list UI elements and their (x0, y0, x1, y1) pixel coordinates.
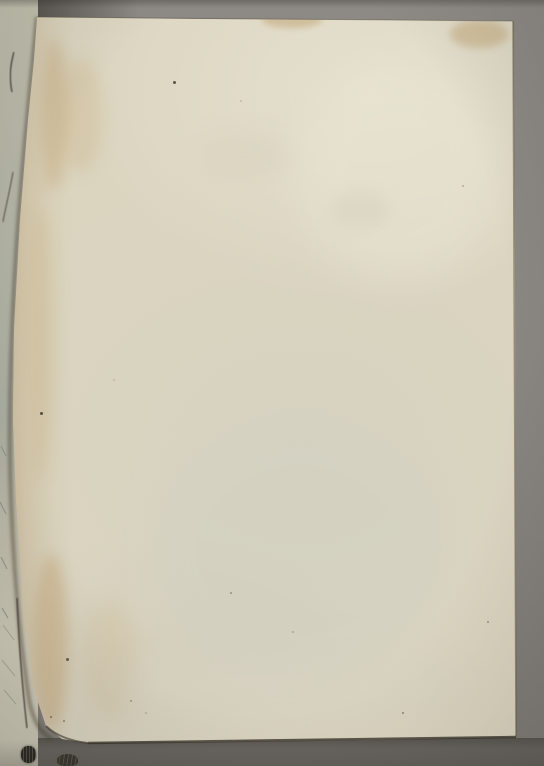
foxing-speck (145, 712, 147, 714)
foxing-speck (292, 631, 294, 633)
foxing-speck (487, 621, 489, 623)
stain (200, 130, 290, 180)
blank-page-surface (0, 0, 544, 766)
scanned-book-page-photo (0, 0, 544, 766)
foxing-speck (40, 412, 43, 415)
spine-shadow (28, 0, 158, 18)
binding-thread (57, 754, 78, 766)
foxing-speck (240, 100, 242, 102)
foxing-speck (173, 81, 176, 84)
stain (330, 190, 390, 230)
foxing-speck (462, 185, 464, 187)
foxing-speck (63, 720, 65, 722)
foxing-speck (113, 379, 115, 381)
binding-thread (21, 746, 36, 763)
foxing-speck (130, 700, 132, 702)
stain (262, 12, 322, 28)
stain (58, 58, 102, 173)
stain (34, 555, 68, 730)
foxing-speck (230, 592, 232, 594)
stain (300, 60, 500, 280)
foxing-speck (66, 658, 69, 661)
stain (450, 20, 508, 48)
foxing-speck (402, 712, 404, 714)
foxing-speck (50, 716, 52, 718)
stain (80, 600, 140, 720)
stain (120, 640, 460, 730)
stain (28, 210, 52, 480)
